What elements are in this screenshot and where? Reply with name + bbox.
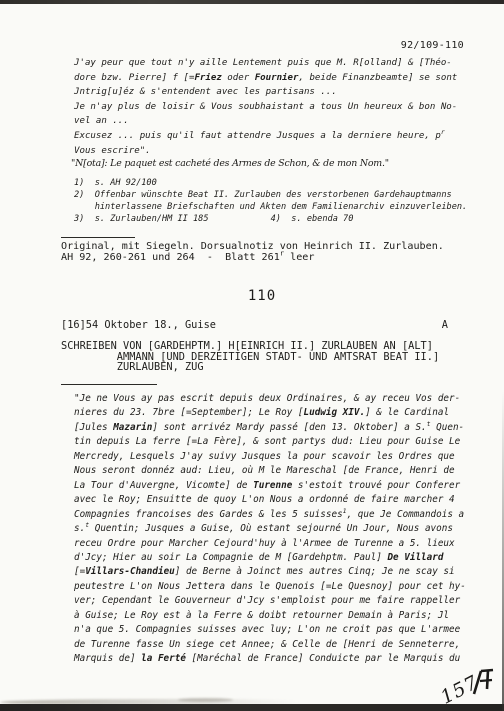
text-line: J'ay peur que tout n'y aille Lentement p…	[74, 56, 457, 71]
entry-siglum: A	[442, 319, 448, 331]
text-line: 1) s. AH 92/100	[74, 178, 467, 190]
text-line: Compagnies francoises des Gardes & les 5…	[74, 508, 466, 522]
entry-number: 110	[61, 288, 463, 304]
text-line: s.t Quentin; Jusques a Guise, Où estant …	[74, 522, 466, 536]
text-line: 3) s. Zurlauben/HM II 185 4) s. ebenda 7…	[74, 214, 467, 226]
text-line: hinterlassene Briefschaften und Akten de…	[74, 202, 467, 214]
provenance-note: Original, mit Siegeln. Dorsualnotiz von …	[61, 241, 444, 264]
quote-divider-rule	[61, 384, 157, 385]
divider-rule	[61, 237, 135, 238]
entry-date-row: [16]54 Oktober 18., Guise A	[61, 319, 448, 331]
text-line: n'a que 5. Compagnies suisses avec luy; …	[74, 623, 466, 637]
nota-line: "N[ota]: Le paquet est cacheté des Armes…	[71, 158, 389, 169]
text-line: dore bzw. Pierre] f [=Friez oder Fournie…	[74, 71, 457, 86]
text-line: avec le Roy; Ensuitte de quoy L'on Nous …	[74, 493, 466, 507]
entry-date: [16]54 Oktober 18., Guise	[61, 319, 216, 331]
text-line: ver; Cependant le Gouverneur d'Jcy s'emp…	[74, 594, 466, 608]
text-line: d'Jcy; Hier au soir La Compagnie de M [G…	[74, 551, 466, 565]
page-number-header: 92/109-110	[401, 40, 464, 51]
text-line: Je n'ay plus de loisir & Vous soubhaista…	[74, 100, 457, 115]
text-line: SCHREIBEN VON [GARDEHPTM.] H[EINRICH II.…	[61, 341, 439, 352]
text-line: "Je ne Vous ay pas escrit depuis deux Or…	[74, 392, 466, 406]
scan-edge-bottom	[0, 704, 504, 711]
text-line: 2) Offenbar wünschte Beat II. Zurlauben …	[74, 190, 467, 202]
text-line: ZURLAUBEN, ZUG	[61, 362, 439, 373]
text-line: Mercredy, Lesquels J'ay suivy Jusques la…	[74, 450, 466, 464]
text-line: tin depuis La ferre [=La Fère], & sont p…	[74, 435, 466, 449]
text-line: Original, mit Siegeln. Dorsualnotiz von …	[61, 241, 444, 252]
scan-edge-top	[0, 0, 504, 4]
text-line: vel an ...	[74, 114, 457, 129]
text-line: receu Ordre pour Marcher Cejourd'huy à l…	[74, 537, 466, 551]
text-line: à Guise; Le Roy est à la Ferre & doibt r…	[74, 609, 466, 623]
text-line: Nous seront donnéz aud: Lieu, où M le Ma…	[74, 464, 466, 478]
text-line: peutestre L'on Nous Jettera dans le Quen…	[74, 580, 466, 594]
text-line: [=Villars-Chandieu] de Berne à Joinct me…	[74, 565, 466, 579]
text-line: [Jules Mazarin] sont arrivéz Mardy passé…	[74, 421, 466, 435]
footnotes: 1) s. AH 92/1002) Offenbar wünschte Beat…	[74, 178, 467, 226]
text-line: Marquis de] la Ferté [Maréchal de France…	[74, 652, 466, 666]
text-line: Jntrig[u]éz & s'entendent avec les parti…	[74, 85, 457, 100]
scan-smudge	[178, 698, 233, 702]
text-line: de Turenne fasse Un siege cet Annee; & C…	[74, 638, 466, 652]
text-line: Vous escrire".	[74, 144, 457, 159]
intro-excerpt: J'ay peur que tout n'y aille Lentement p…	[74, 56, 457, 158]
text-line: AH 92, 260-261 und 264 - Blatt 261r leer	[61, 252, 444, 263]
text-line: La Tour d'Auvergne, Vicomte] de Turenne …	[74, 479, 466, 493]
text-line: Excusez ... puis qu'il faut attendre Jus…	[74, 129, 457, 144]
entry-heading: SCHREIBEN VON [GARDEHPTM.] H[EINRICH II.…	[61, 341, 439, 373]
scanned-page: 92/109-110 J'ay peur que tout n'y aille …	[0, 0, 504, 711]
letter-body: "Je ne Vous ay pas escrit depuis deux Or…	[74, 392, 466, 667]
text-line: nieres du 23. 7bre [=September]; Le Roy …	[74, 406, 466, 420]
